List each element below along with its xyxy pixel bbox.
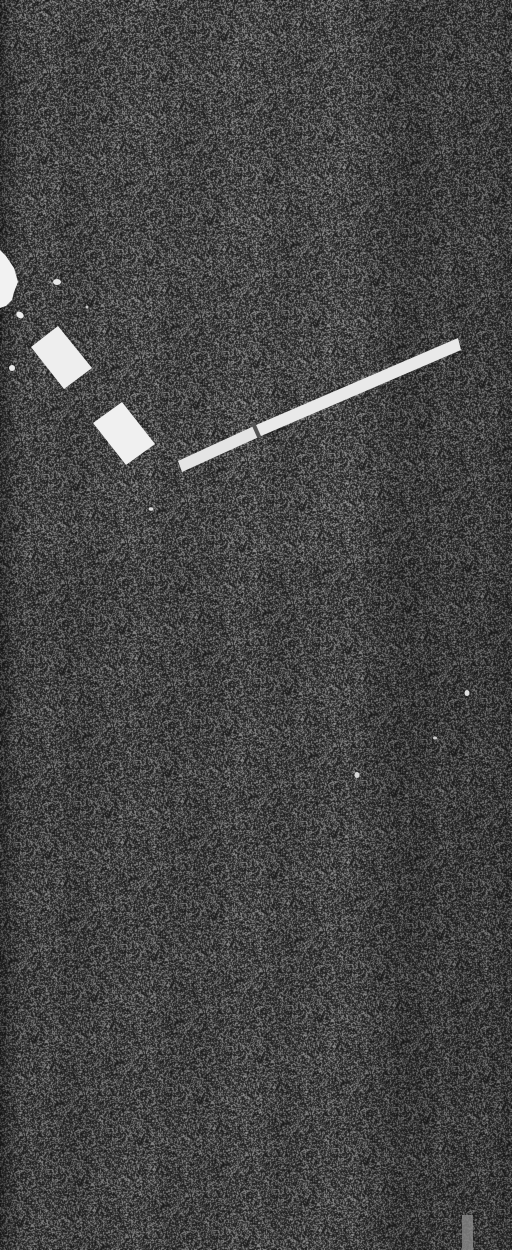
- point-target: [433, 737, 437, 740]
- point-target: [355, 772, 360, 778]
- long-linear-target: [178, 425, 261, 472]
- point-target: [86, 306, 89, 309]
- partial-bright-object-left-edge: [0, 250, 18, 308]
- point-target: [465, 690, 470, 696]
- rectangular-target-2: [93, 402, 155, 465]
- rectangular-target-1: [31, 326, 92, 389]
- long-linear-target: [256, 338, 461, 436]
- point-target: [15, 310, 25, 320]
- faint-vertical-strip-bottom-right: [462, 1215, 473, 1250]
- point-target: [53, 279, 61, 285]
- point-target: [149, 507, 154, 511]
- point-target: [9, 365, 15, 371]
- target-overlay: [0, 0, 512, 1250]
